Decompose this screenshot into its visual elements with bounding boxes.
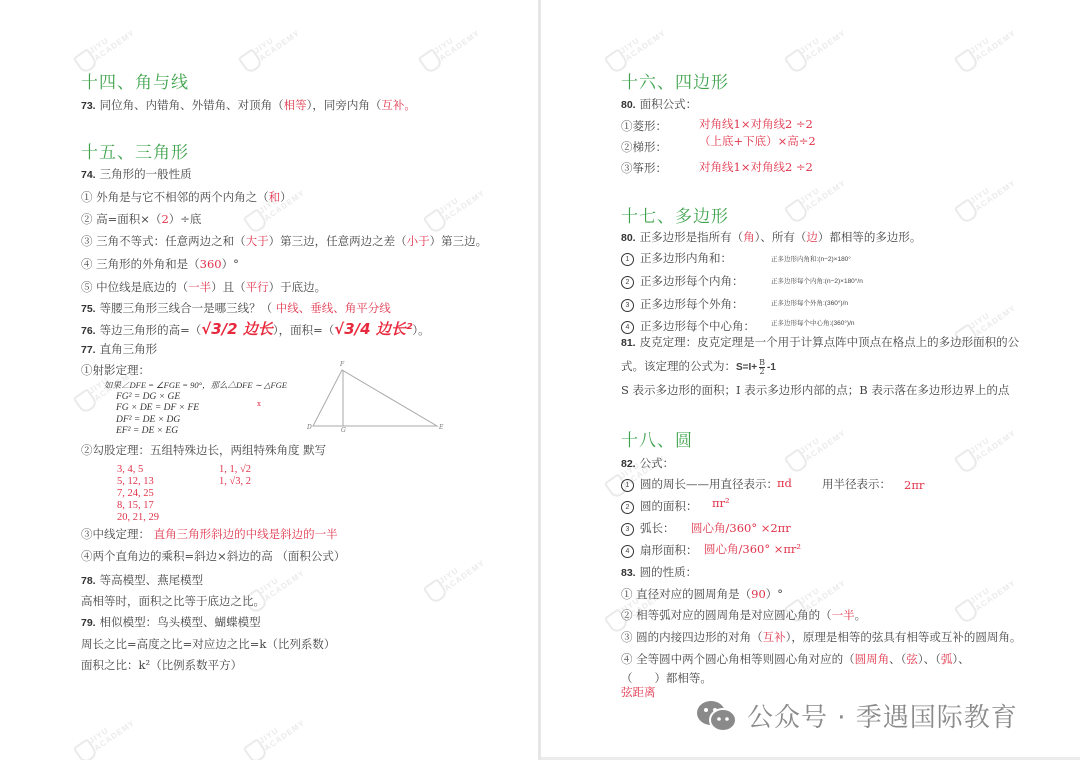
right-page: JIYU ACADEMY JIYU ACADEMY JIYU ACADEMY J… [541, 0, 1080, 760]
watermark-logo: JIYU ACADEMY [951, 9, 1030, 75]
section-17-title: 十七、多边形 [621, 202, 729, 227]
projection-theorem-label: ①射影定理： [81, 362, 150, 378]
polygon-formula: 正多边形每个内角:(n−2)×180°/n [771, 276, 863, 285]
watermark-logo: JIYU ACADEMY [951, 559, 1030, 625]
question-74: 74.三角形的一般性质 [81, 166, 192, 182]
projection-formulas: 如果∠DFE = ∠FGE = 90°，那么△DFE ∼ △FGE FG² = … [104, 380, 287, 438]
polygon-item: 3正多边形每个外角： [621, 296, 744, 312]
circle-formula: 3弧长： [621, 520, 675, 536]
left-page: JIYU ACADEMY JIYU ACADEMY JIYU ACADEMY J… [0, 0, 538, 760]
watermark-logo: JIYU ACADEMY [781, 9, 860, 75]
question-78: 78.等高模型、燕尾模型 [81, 572, 203, 588]
watermark-logo: JIYU ACADEMY [951, 409, 1030, 475]
answer: 相等 [284, 98, 307, 112]
section-16-title: 十六、四边形 [621, 68, 729, 93]
circle-formula: 4扇形面积： [621, 542, 698, 558]
question-78-body: 高相等时，面积之比等于底边之比。 [81, 593, 265, 609]
stray-mark: x [257, 400, 261, 408]
question-77: 77.直角三角形 [81, 341, 157, 357]
polygon-formula: 正多边形每个外角:(360°)/n [771, 298, 848, 307]
circle-property-tail-answer: 弦距离 [621, 684, 656, 700]
answer: 互补 [381, 98, 404, 112]
wechat-footer: 公众号 · 季遇国际教育 [695, 697, 1018, 734]
fraction: B2 [759, 359, 765, 376]
watermark-logo: JIYU ACADEMY [70, 699, 149, 760]
polygon-item: 1正多边形内角和： [621, 250, 732, 266]
pythagorean-triples: 3, 4, 5 5, 12, 13 7, 24, 25 8, 15, 17 20… [117, 464, 159, 524]
circle-answer: 圆心角/360° ×2πr [691, 520, 791, 536]
watermark-logo: JIYU ACADEMY [415, 9, 494, 75]
circle-answer: πr² [712, 496, 730, 510]
watermark-logo: JIYU ACADEMY [240, 699, 319, 760]
watermark-logo: JIYU ACADEMY [70, 9, 149, 75]
question-80-polygon: 80.正多边形是指所有（角）、所有（边）都相等的多边形。 [621, 229, 921, 245]
handwritten-answer: √3/4 边长² [334, 320, 412, 338]
circle-property: ④ 全等圆中两个圆心角相等则圆心角对应的（圆周角、（弦）、（弧）、 [621, 651, 970, 667]
watermark-logo: JIYU ACADEMY [420, 539, 499, 605]
polygon-item: 2正多边形每个内角： [621, 273, 744, 289]
property-item: ③ 三角不等式：任意两边之和（大于）第三边，任意两边之差（小于）第三边。 [81, 233, 487, 249]
watermark-logo: JIYU ACADEMY [951, 159, 1030, 225]
circle-formula: 1圆的周长——用直径表示： [621, 476, 778, 492]
circle-property: ③ 圆的内接四边形的对角（互补），原理是相等的弦具有相等或互补的圆周角。 [621, 629, 1021, 645]
right-triangle-diagram [300, 360, 450, 435]
pythagoras-label: ②勾股定理：五组特殊边长，两组特殊角度 默写 [81, 442, 326, 458]
circle-property: ② 相等弧对应的圆周角是对应圆心角的（一半。 [621, 607, 866, 623]
watermark-logo: JIYU ACADEMY [235, 9, 314, 75]
question-79-line1: 周长之比=高度之比=对应边之比=k（比列系数） [81, 636, 335, 652]
section-18-title: 十八、圆 [621, 426, 693, 451]
watermark-logo: JIYU ACADEMY [601, 9, 680, 75]
kite-label: ③筝形： [621, 160, 667, 176]
question-79: 79.相似模型：鸟头模型、蝴蝶模型 [81, 614, 261, 630]
circle-answer: 2πr [904, 478, 924, 492]
question-79-line2: 面积之比：k²（比例系数平方） [81, 657, 242, 673]
question-83: 83.圆的性质： [621, 564, 697, 580]
wechat-icon [695, 699, 739, 733]
circle-answer: 圆心角/360° ×πr² [704, 541, 801, 557]
handwritten-answer: √3/2 边长 [201, 320, 273, 338]
rhombus-formula: 对角线1×对角线2 ÷2 [699, 116, 813, 132]
pick-formula-line: 式。该定理的公式为：S=I+B2-1 [621, 358, 776, 376]
area-formula: ④两个直角边的乘积=斜边×斜边的高 （面积公式） [81, 548, 345, 564]
property-item: ⑤ 中位线是底边的（一半）且（平行）于底边。 [81, 279, 326, 295]
polygon-formula: 正多边形内角和:(n−2)×180° [771, 254, 851, 263]
question-75: 75.等腰三角形三线合一是哪三线？（ 中线、垂线、角平分线 [81, 300, 391, 316]
section-15-title: 十五、三角形 [81, 138, 189, 163]
special-angle-ratios: 1, 1, √2 1, √3, 2 [219, 464, 251, 488]
question-76: 76.等边三角形的高=（√3/2 边长），面积=（√3/4 边长²）。 [81, 318, 430, 339]
polygon-formula: 正多边形每个中心角:(360°)/n [771, 318, 855, 327]
watermark-logo: JIYU ACADEMY [781, 409, 860, 475]
circle-formula: 2圆的面积： [621, 498, 698, 514]
question-81: 81.皮克定理：皮克定理是一个用于计算点阵中顶点在格点上的多边形面积的公 [621, 334, 1019, 350]
rhombus-label: ①菱形： [621, 118, 667, 134]
footer-account-name: 公众号 · 季遇国际教育 [747, 697, 1018, 734]
question-73: 73.同位角、内错角、外错角、对顶角（相等），同旁内角（互补。 [81, 97, 416, 113]
circle-property: ① 直径对应的圆周角是（90）° [621, 586, 783, 602]
trapezoid-label: ②梯形： [621, 139, 667, 155]
watermark-logo: JIYU ACADEMY [420, 169, 499, 235]
kite-formula: 对角线1×对角线2 ÷2 [699, 159, 813, 175]
property-item: ④ 三角形的外角和是（360）° [81, 256, 239, 272]
median-theorem: ③中线定理： 直角三角形斜边的中线是斜边的一半 [81, 526, 338, 542]
pick-legend: S 表示多边形的面积；I 表示多边形内部的点；B 表示落在多边形边界上的点 [621, 382, 1009, 398]
section-14-title: 十四、角与线 [81, 68, 189, 93]
property-item: ① 外角是与它不相邻的两个内角之（和） [81, 189, 292, 205]
trapezoid-formula: （上底+下底）×高÷2 [699, 133, 816, 149]
circle-label: 用半径表示： [822, 476, 891, 492]
polygon-item: 4正多边形每个中心角： [621, 318, 755, 334]
property-item: ② 高=面积×（2）÷底 [81, 211, 201, 227]
question-82: 82.公式： [621, 455, 674, 471]
question-80-area: 80.面积公式： [621, 96, 697, 112]
circle-answer: πd [777, 476, 792, 490]
